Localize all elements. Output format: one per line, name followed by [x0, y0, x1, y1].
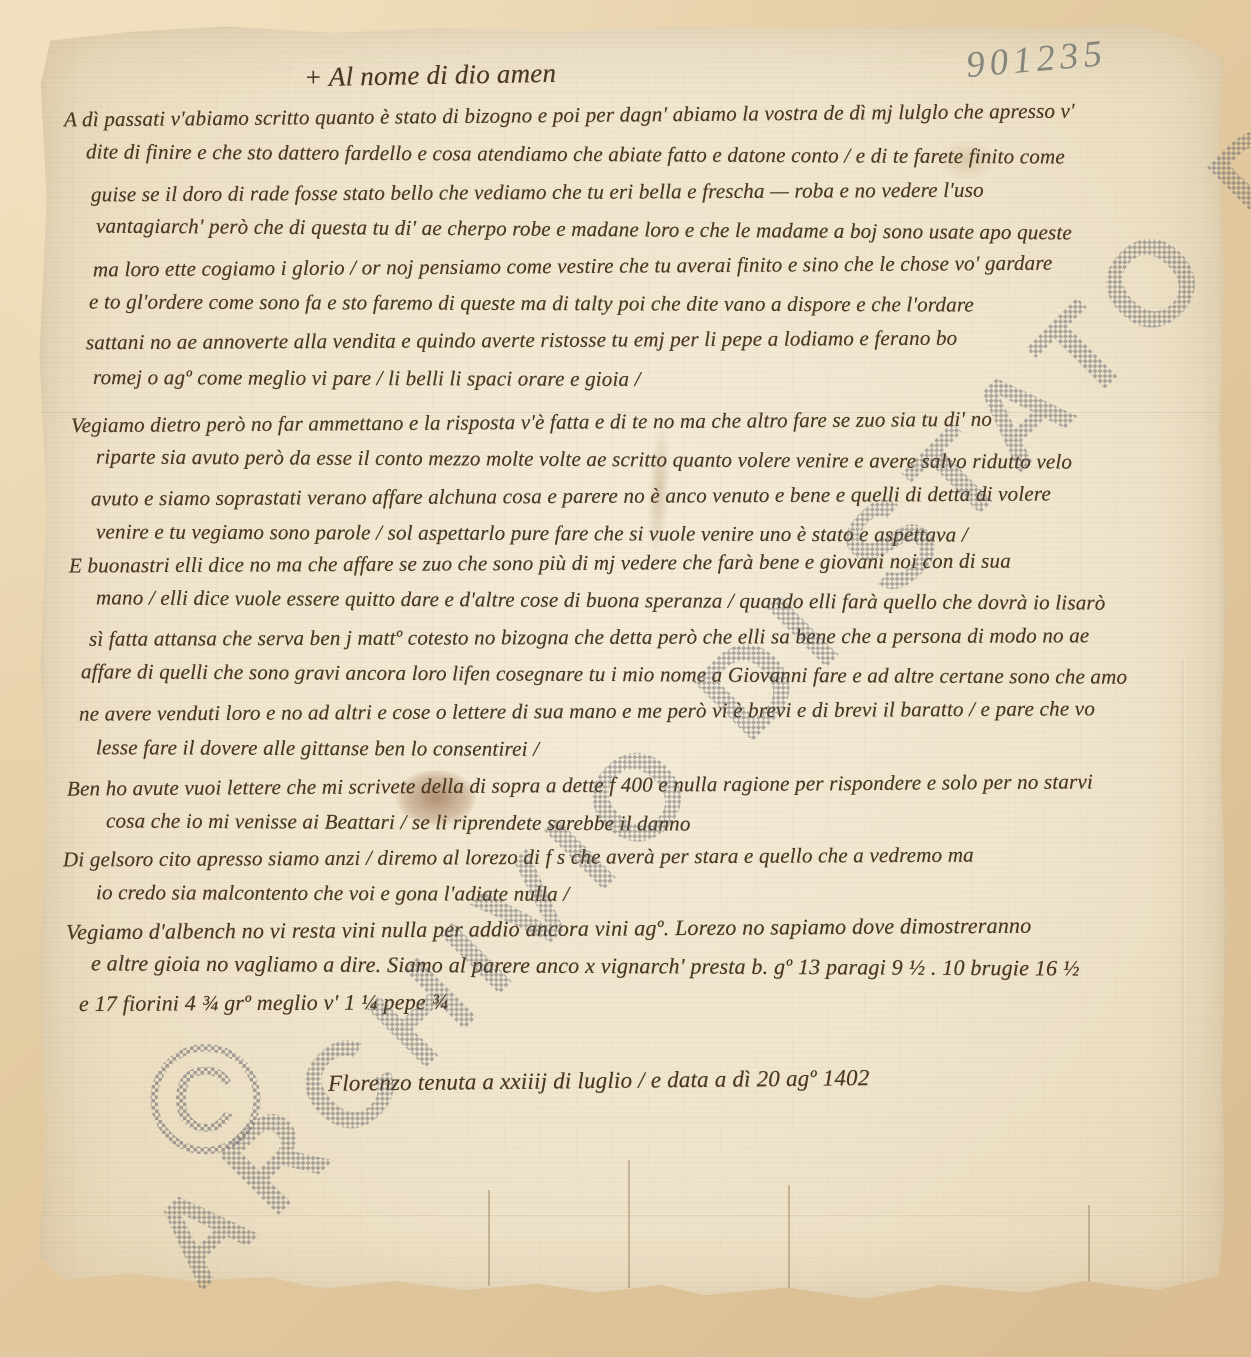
invocation-heading: + Al nome di dio amen [304, 58, 557, 93]
handwriting-line: ma loro ette cogiamo i glorio / or noj p… [93, 251, 1053, 283]
handwriting-line: Vegiamo dietro però no far ammettano e l… [71, 407, 992, 438]
handwriting-line: lesse fare il dovere alle gittanse ben l… [96, 735, 539, 762]
handwriting-line: dite di finire e che sto dattero fardell… [86, 139, 1065, 169]
copyright-icon: © [148, 1022, 263, 1178]
handwriting-line: romej o agº come meglio vi pare / li bel… [93, 365, 641, 392]
handwriting-line: e to gl'ordere come sono fa e sto faremo… [89, 289, 974, 317]
handwriting-line: guise se il doro di rade fosse stato bel… [91, 178, 984, 208]
paper-tear [1088, 1205, 1090, 1295]
handwriting-line: sì fatta attansa che serva ben j mattº c… [89, 623, 1089, 651]
handwriting-line: A dì passati v'abiamo scritto quanto è s… [64, 99, 1075, 133]
scanned-letter-page: { "scan": { "background_color": "#e0c49c… [0, 0, 1251, 1357]
paper-tear [788, 1185, 790, 1290]
handwriting-line: e altre gioia no vagliamo a dire. Siamo … [91, 950, 1080, 981]
handwriting-line: vantagiarch' però che di questa tu di' a… [96, 214, 1072, 246]
paper-tear [628, 1160, 630, 1288]
handwriting-line: sattani no ae annoverte alla vendita e q… [86, 326, 957, 356]
handwriting-line: mano / elli dice vuole essere quitto dar… [96, 585, 1106, 615]
paper-tear [488, 1190, 490, 1286]
handwriting-line: ne avere venduti loro e no ad altri e co… [79, 696, 1095, 726]
vertical-fold-crease [1182, 660, 1185, 1300]
handwriting-line: affare di quelli che sono gravi ancora l… [81, 659, 1127, 689]
